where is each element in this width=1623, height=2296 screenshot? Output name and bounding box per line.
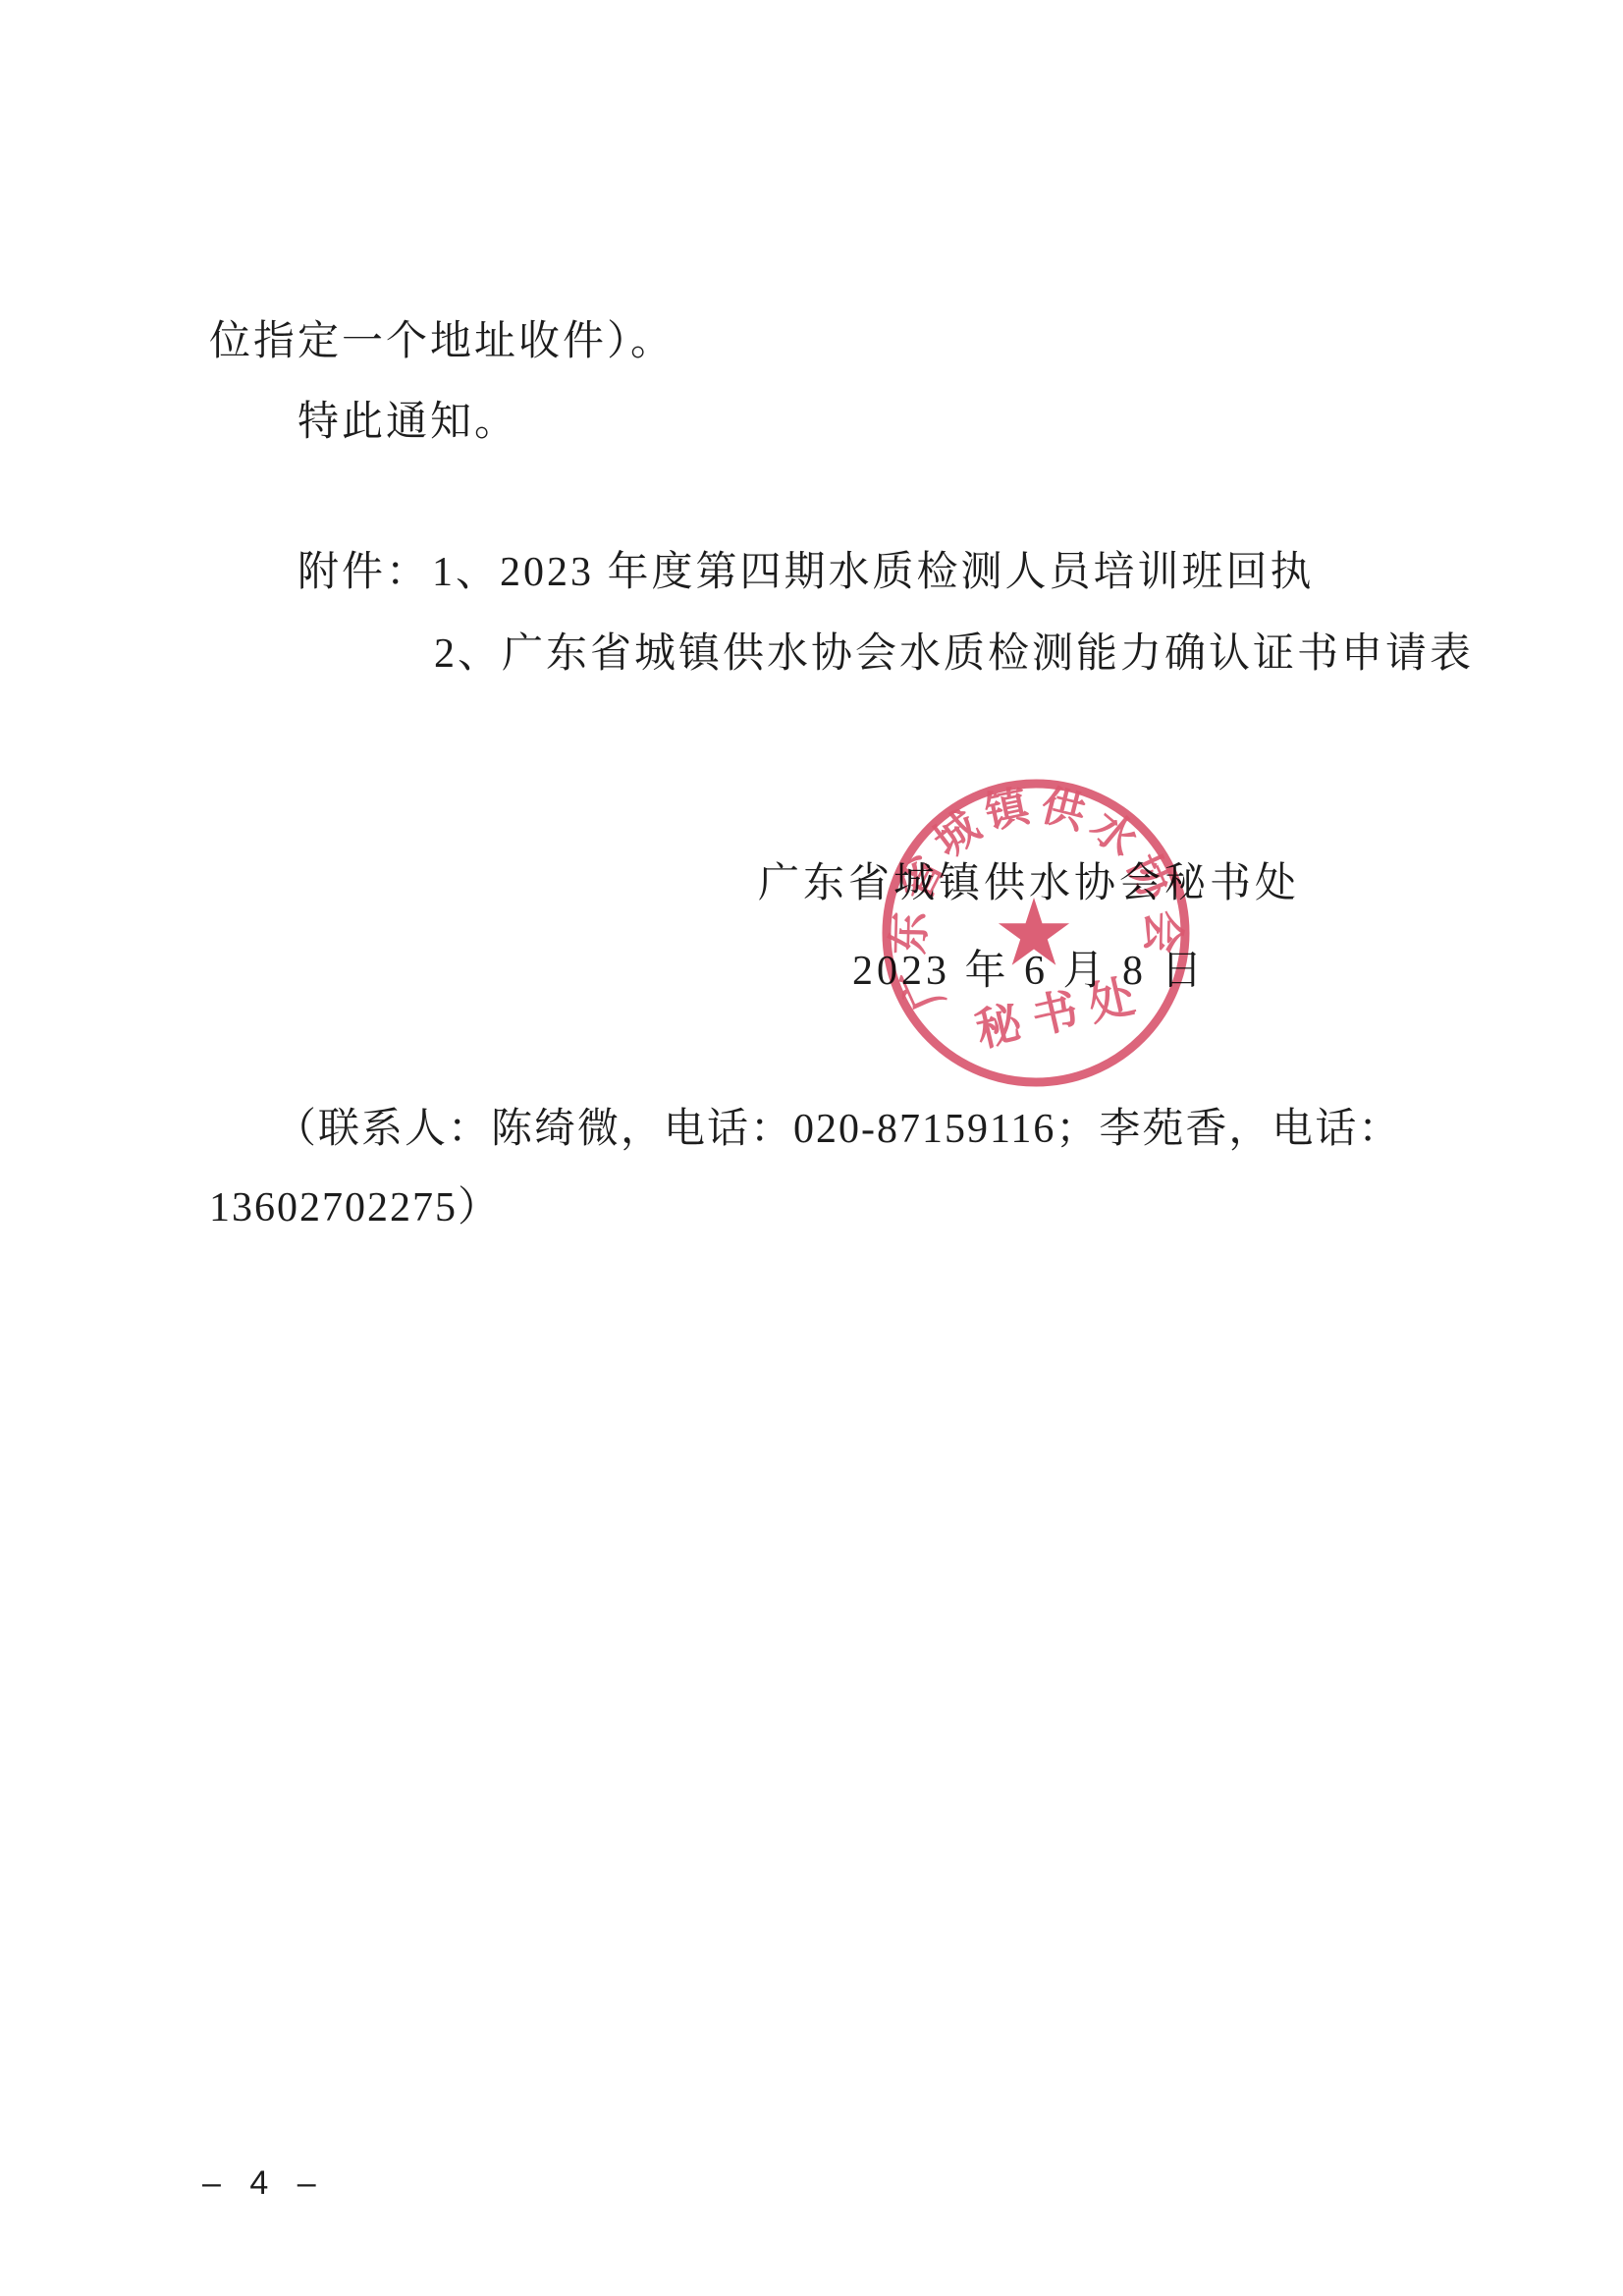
page-number: – 4 – — [202, 2166, 326, 2200]
attachments-label: 附件： — [298, 552, 430, 593]
document-page: 位指定一个地址收件）。 特此通知。 附件： 1、2023 年度第四期水质检测人员… — [0, 0, 1623, 2296]
contact-line-1: （联系人：陈绮微，电话：020-87159116；李苑香，电话： — [275, 1109, 1401, 1150]
body-continuation-line: 位指定一个地址收件）。 — [209, 321, 675, 362]
star-icon — [999, 898, 1069, 965]
notice-line: 特此通知。 — [298, 402, 518, 443]
contact-line-2: 13602702275） — [209, 1187, 501, 1229]
official-seal: 广东省城镇供水协会 秘书处 — [879, 776, 1193, 1090]
attachment-item-1: 1、2023 年度第四期水质检测人员培训班回执 — [432, 552, 1315, 593]
seal-bottom-text: 秘书处 — [971, 968, 1152, 1057]
attachments-row: 附件： 1、2023 年度第四期水质检测人员培训班回执 — [298, 552, 1315, 593]
attachment-item-2: 2、广东省城镇供水协会水质检测能力确认证书申请表 — [434, 633, 1474, 675]
